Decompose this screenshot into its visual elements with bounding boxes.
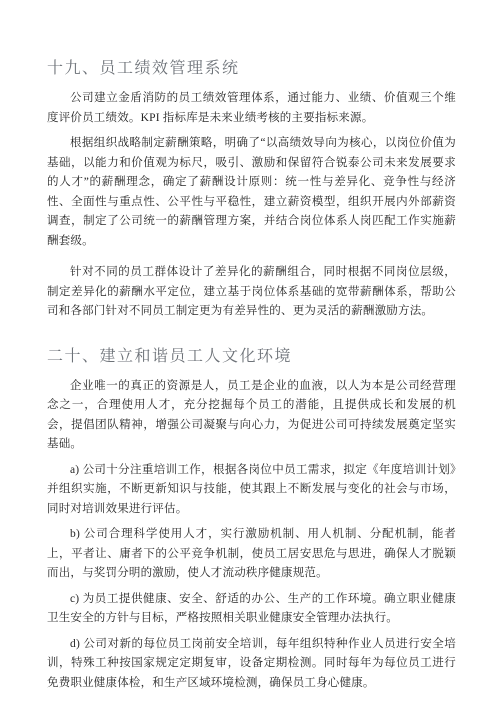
paragraph-item-b: b) 公司合理科学使用人才，实行激励机制、用人机制、分配机制，能者上，平者让、庸… [47,525,456,584]
section-19: 十九、员工绩效管理系统 公司建立金盾消防的员工绩效管理体系，通过能力、业绩、价值… [47,58,456,322]
section-heading-harmonious-environment: 二十、建立和谐员工人文化环境 [47,346,456,368]
paragraph-item-d: d) 公司对新的每位员工岗前安全培训，每年组织特种作业人员进行安全培训，特殊工种… [47,635,456,694]
paragraph: 企业唯一的真正的资源是人，员工是企业的血液，以人为本是公司经营理念之一，合理使用… [47,377,456,455]
paragraph: 公司建立金盾消防的员工绩效管理体系，通过能力、业绩、价值观三个维度评价员工绩效。… [47,89,456,128]
paragraph-item-c: c) 为员工提供健康、安全、舒适的办公、生产的工作环境。确立职业健康卫生安全的方… [47,590,456,629]
document-page: 十九、员工绩效管理系统 公司建立金盾消防的员工绩效管理体系，通过能力、业绩、价值… [0,0,498,704]
section-20: 二十、建立和谐员工人文化环境 企业唯一的真正的资源是人，员工是企业的血液，以人为… [47,346,456,694]
section-heading-performance-system: 十九、员工绩效管理系统 [47,58,456,80]
paragraph: 根据组织战略制定薪酬策略，明确了“以高绩效导向为核心，以岗位价值为基础，以能力和… [47,134,456,251]
paragraph-item-a: a) 公司十分注重培训工作，根据各岗位中员工需求，拟定《年度培训计划》并组织实施… [47,461,456,520]
paragraph: 针对不同的员工群体设计了差异化的薪酬组合，同时根据不同岗位层级，制定差异化的薪酬… [47,263,456,322]
